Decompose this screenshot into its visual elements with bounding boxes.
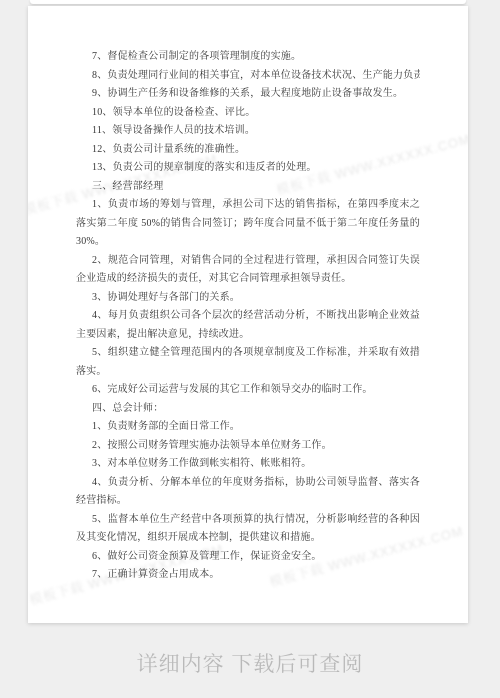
text-line: 13、负责公司的规章制度的落实和违反者的处理。 — [76, 159, 420, 178]
document-body: 7、督促检查公司制定的各项管理制度的实施。8、负责处理同行业间的相关事宜，对本单… — [76, 48, 420, 585]
text-line: 经营指标。 — [76, 492, 420, 511]
text-line: 8、负责处理同行业间的相关事宜，对本单位设备技术状况、生产能力负责。 — [76, 67, 420, 86]
text-line: 6、做好公司资金预算及管理工作，保证资金安全。 — [76, 548, 420, 567]
text-line: 11、领导设备操作人员的技术培训。 — [76, 122, 420, 141]
text-line: 5、组织建立健全管理范围内的各项规章制度及工作标准，并采取有效措施 — [76, 344, 420, 363]
text-line: 6、完成好公司运营与发展的其它工作和领导交办的临时工作。 — [76, 381, 420, 400]
text-line: 主要因素，提出解决意见，持续改进。 — [76, 326, 420, 345]
text-line: 三、经营部经理 — [76, 178, 420, 197]
previous-page-bottom-edge — [30, 0, 466, 4]
text-line: 12、负责公司计量系统的准确性。 — [76, 141, 420, 160]
text-line: 2、按照公司财务管理实施办法领导本单位财务工作。 — [76, 437, 420, 456]
text-line: 企业造成的经济损失的责任，对其它合同管理承担领导责任。 — [76, 270, 420, 289]
text-line: 4、每月负责组织公司各个层次的经营活动分析，不断找出影响企业效益的 — [76, 307, 420, 326]
text-line: 落实。 — [76, 363, 420, 382]
text-line: 4、负责分析、分解本单位的年度财务指标，协助公司领导监督、落实各项 — [76, 474, 420, 493]
document-preview-screen: { "document": { "watermark_text": "模板下载 … — [0, 0, 500, 698]
text-line: 3、协调处理好与各部门的关系。 — [76, 289, 420, 308]
text-line: 30%。 — [76, 233, 420, 252]
text-line: 3、对本单位财务工作做到帐实相符、帐账相符。 — [76, 455, 420, 474]
text-line: 7、督促检查公司制定的各项管理制度的实施。 — [76, 48, 420, 67]
text-line: 2、规范合同管理，对销售合同的全过程进行管理，承担因合同签订失误给 — [76, 252, 420, 271]
download-hint-text: 详细内容 下载后可查阅 — [0, 651, 500, 678]
text-line: 四、总会计师： — [76, 400, 420, 419]
text-line: 及其变化情况，组织开展成本控制，提供建议和措施。 — [76, 529, 420, 548]
text-line: 1、负责财务部的全面日常工作。 — [76, 418, 420, 437]
text-line: 7、正确计算资金占用成本。 — [76, 566, 420, 585]
text-line: 9、协调生产任务和设备维修的关系，最大程度地防止设备事故发生。 — [76, 85, 420, 104]
text-line: 落实第二年度 50%的销售合同签订；跨年度合同量不低于第二年度任务量的 — [76, 215, 420, 234]
text-line: 1、负责市场的筹划与管理，承担公司下达的销售指标，在第四季度末之前 — [76, 196, 420, 215]
document-page: 模板下载 WWW.XXXXXX.COM 模板下载 WWW.XXXXXX.COM … — [28, 6, 468, 623]
text-line: 5、监督本单位生产经营中各项预算的执行情况，分析影响经营的各种因素 — [76, 511, 420, 530]
text-line: 10、领导本单位的设备检查、评比。 — [76, 104, 420, 123]
